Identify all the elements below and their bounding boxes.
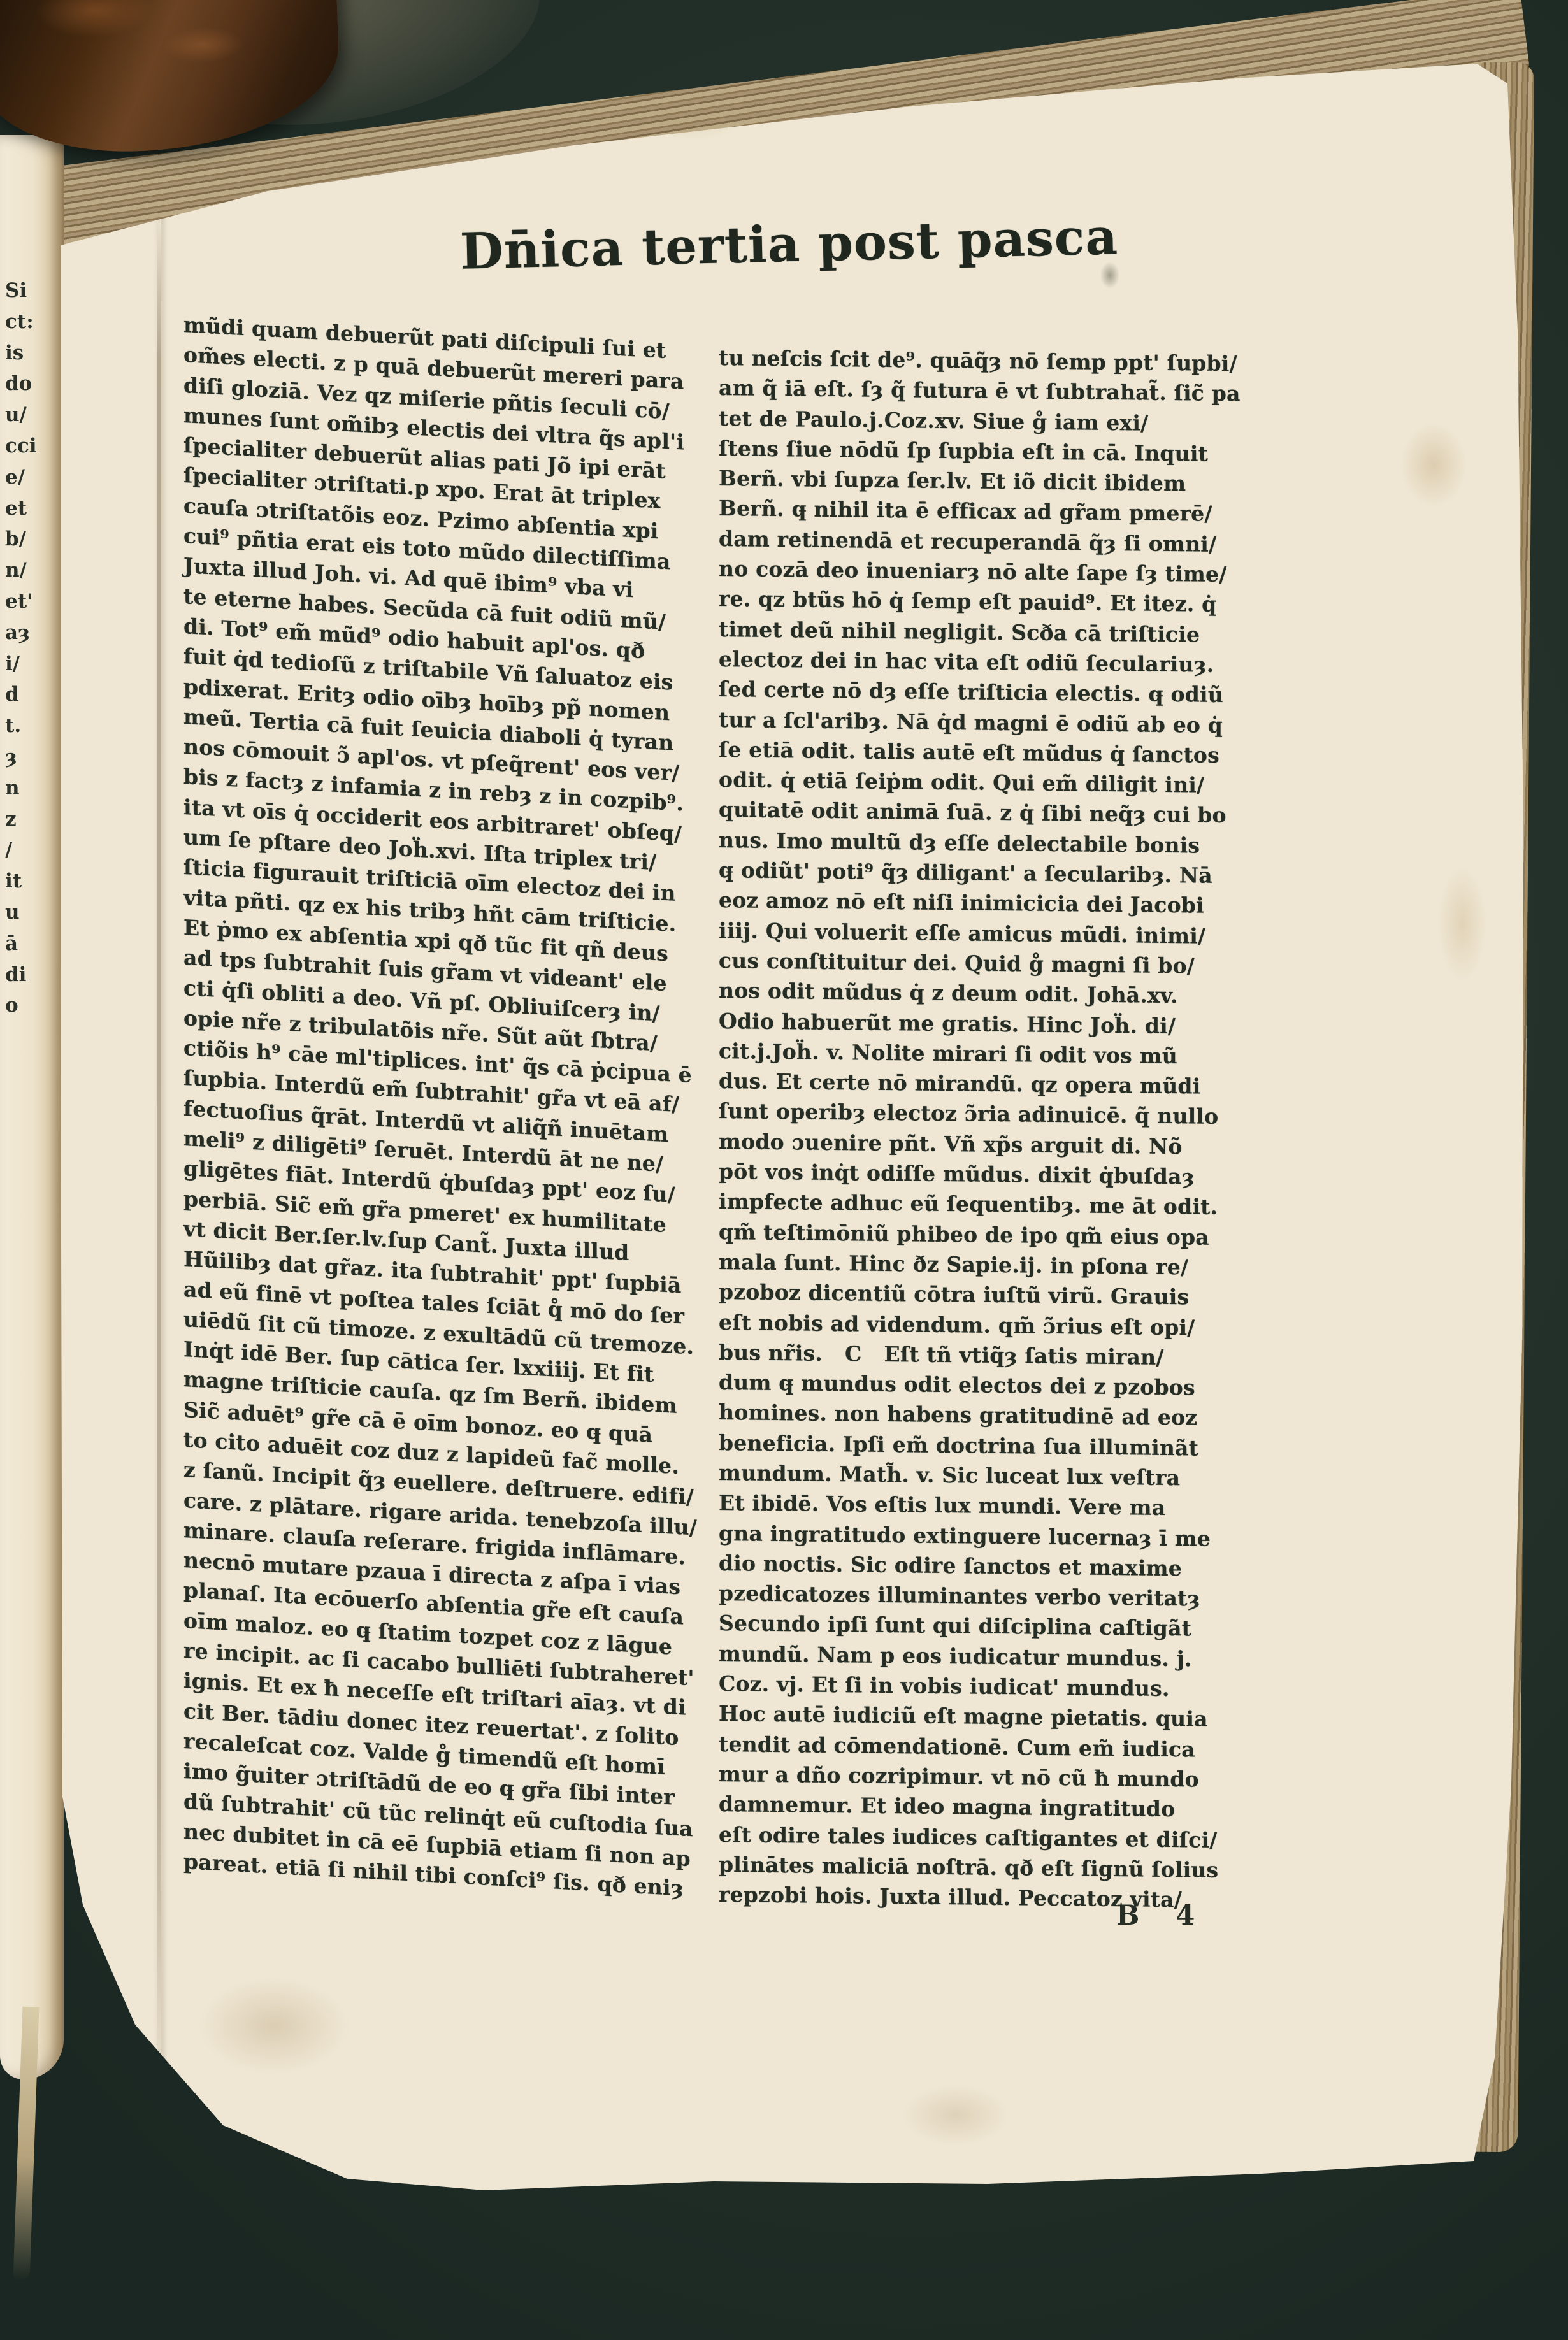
text-column-right: tu neſcis ſcit de⁹. quāq̃ȝ nō ſemp ppt' … [719, 343, 1287, 1916]
gutter-crease [157, 204, 161, 2134]
margin-fragment: aȝ [5, 617, 59, 649]
margin-fragment: is [5, 338, 59, 369]
margin-fragment: i/ [5, 649, 59, 680]
margin-fragment: d [5, 679, 59, 710]
facing-page-sliver: Sict:isdou/ccie/etb/n/et'aȝi/dt.ȝnz/ituā… [0, 135, 64, 2079]
margin-fragment: o [5, 990, 59, 1021]
margin-fragment: it [5, 866, 59, 897]
margin-fragment: u/ [5, 399, 59, 431]
margin-fragment: et [5, 493, 59, 524]
margin-fragment: n [5, 773, 59, 804]
book-photo: Sict:isdou/ccie/etb/n/et'aȝi/dt.ȝnz/ituā… [0, 0, 1568, 2340]
margin-fragment: ā [5, 928, 59, 959]
margin-fragment: ct: [5, 306, 59, 338]
margin-fragment: Si [5, 275, 59, 306]
margin-fragment: et' [5, 586, 59, 617]
margin-fragment: n/ [5, 555, 59, 586]
margin-fragment: do [5, 368, 59, 399]
text-line: repzobi hois. Juxta illud. Peccatoz vita… [719, 1879, 1287, 1916]
signature-mark: B 4 [1116, 1900, 1195, 1932]
margin-fragment: u [5, 897, 59, 928]
text-column-left: mũdi quam debuerũt pati diſcipuli ſui et… [183, 310, 701, 1904]
margin-fragment: z [5, 804, 59, 835]
margin-fragment: cci [5, 431, 59, 462]
facing-page-text-fragments: Sict:isdou/ccie/etb/n/et'aȝi/dt.ȝnz/ituā… [5, 275, 59, 1021]
margin-fragment: ȝ [5, 742, 59, 773]
margin-fragment: / [5, 835, 59, 866]
book-page: Dn̄ica tertia post pasca mũdi quam debue… [0, 0, 1568, 2340]
margin-fragment: t. [5, 710, 59, 742]
margin-fragment: di [5, 959, 59, 991]
margin-fragment: e/ [5, 462, 59, 493]
margin-fragment: b/ [5, 524, 59, 555]
leather-spine [0, 0, 342, 157]
